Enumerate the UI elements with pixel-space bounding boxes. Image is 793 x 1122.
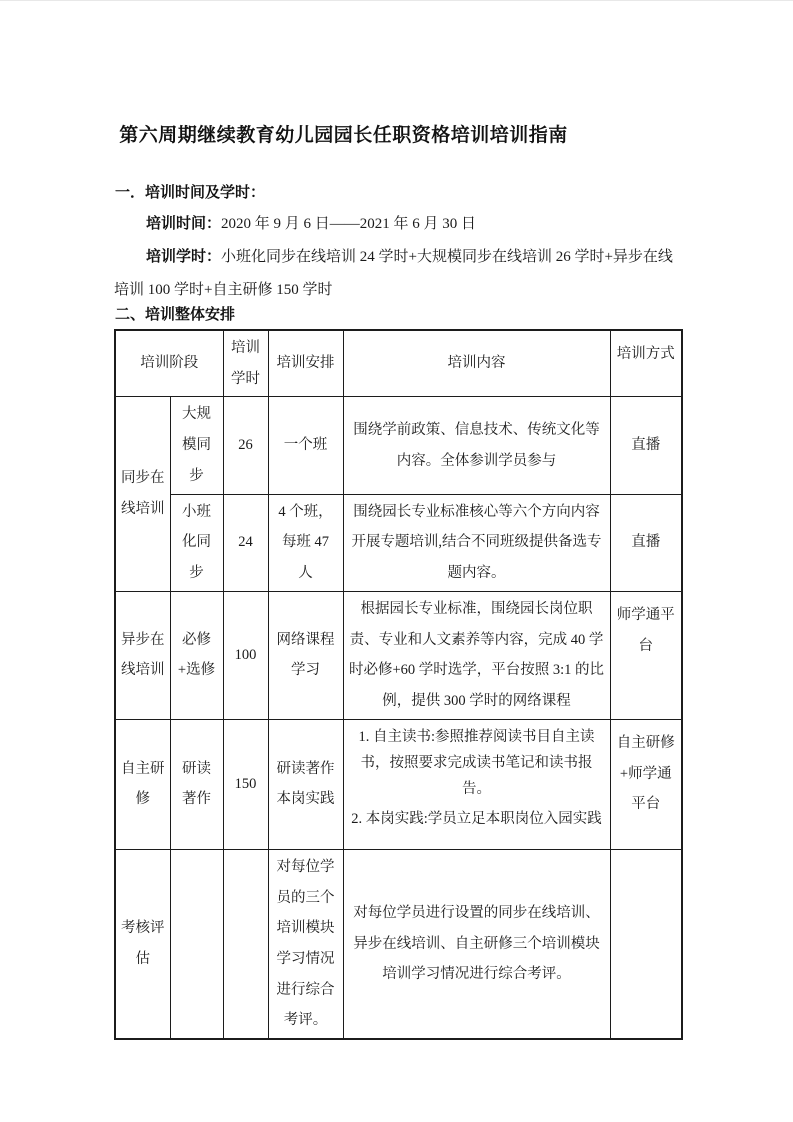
cell-assess-substage — [170, 849, 223, 1039]
cell-sync-stage: 同步在线培训 — [115, 397, 170, 591]
section-one-heading: 一．培训时间及学时： — [115, 181, 265, 202]
training-hours-label: 培训学时： — [146, 248, 221, 265]
training-schedule-table: 培训阶段 培训学时 培训安排 培训内容 培训方式 同步在线培训 大规模同步 26… — [114, 329, 683, 1040]
header-cell-stage: 培训阶段 — [115, 330, 223, 397]
cell-sync-large-substage: 大规模同步 — [170, 397, 223, 494]
cell-assess-content: 对每位学员进行设置的同步在线培训、异步在线培训、自主研修三个培训模块培训学习情况… — [343, 849, 610, 1039]
cell-self-content: 1. 自主读书:参照推荐阅读书目自主读书，按照要求完成读书笔记和读书报告。 2.… — [343, 719, 610, 849]
cell-sync-small-method: 直播 — [610, 494, 682, 591]
cell-async-hours: 100 — [223, 591, 268, 719]
training-time-value: 2020 年 9 月 6 日——2021 年 6 月 30 日 — [221, 216, 476, 232]
cell-async-substage: 必修+选修 — [170, 591, 223, 719]
cell-assess-stage: 考核评估 — [115, 849, 170, 1039]
cell-assess-arrangement: 对每位学员的三个培训模块学习情况进行综合考评。 — [268, 849, 343, 1039]
cell-assess-hours — [223, 849, 268, 1039]
table-row-sync-small: 小班化同步 24 4 个班，每班 47 人 围绕园长专业标准核心等六个方向内容开… — [115, 494, 682, 591]
training-time-paragraph: 培训时间：2020 年 9 月 6 日——2021 年 6 月 30 日 — [114, 207, 682, 241]
cell-sync-small-substage: 小班化同步 — [170, 494, 223, 591]
header-cell-method: 培训方式 — [610, 330, 682, 397]
cell-self-arrangement: 研读著作 本岗实践 — [268, 719, 343, 849]
table-row-sync-large: 同步在线培训 大规模同步 26 一个班 围绕学前政策、信息技术、传统文化等内容。… — [115, 397, 682, 494]
cell-sync-large-arrangement: 一个班 — [268, 397, 343, 494]
header-cell-content: 培训内容 — [343, 330, 610, 397]
cell-sync-small-hours: 24 — [223, 494, 268, 591]
cell-async-arrangement: 网络课程学习 — [268, 591, 343, 719]
training-time-label: 培训时间： — [146, 215, 221, 232]
table-header-row: 培训阶段 培训学时 培训安排 培训内容 培训方式 — [115, 330, 682, 397]
document-title: 第六周期继续教育幼儿园园长任职资格培训培训指南 — [0, 120, 687, 147]
cell-sync-small-content: 围绕园长专业标准核心等六个方向内容开展专题培训,结合不同班级提供备选专题内容。 — [343, 494, 610, 591]
cell-assess-method — [610, 849, 682, 1039]
header-cell-arrangement: 培训安排 — [268, 330, 343, 397]
table-row-async: 异步在线培训 必修+选修 100 网络课程学习 根据园长专业标准，围绕园长岗位职… — [115, 591, 682, 719]
cell-sync-small-arrangement: 4 个班，每班 47 人 — [268, 494, 343, 591]
cell-self-stage: 自主研修 — [115, 719, 170, 849]
cell-sync-large-hours: 26 — [223, 397, 268, 494]
header-cell-hours: 培训学时 — [223, 330, 268, 397]
cell-async-content: 根据园长专业标准，围绕园长岗位职责、专业和人文素养等内容，完成 40 学时必修+… — [343, 591, 610, 719]
training-hours-paragraph: 培训学时：小班化同步在线培训 24 学时+大规模同步在线培训 26 学时+异步在… — [114, 240, 682, 307]
document-page: 第六周期继续教育幼儿园园长任职资格培训培训指南 一．培训时间及学时： 培训时间：… — [0, 0, 793, 1122]
cell-self-method: 自主研修 +师学通 平台 — [610, 719, 682, 849]
section-two-heading: 二、培训整体安排 — [115, 303, 235, 324]
table-row-assessment: 考核评估 对每位学员的三个培训模块学习情况进行综合考评。 对每位学员进行设置的同… — [115, 849, 682, 1039]
cell-self-hours: 150 — [223, 719, 268, 849]
table-row-self-study: 自主研修 研读著作 150 研读著作 本岗实践 1. 自主读书:参照推荐阅读书目… — [115, 719, 682, 849]
self-study-item-practice: 2. 本岗实践:学员立足本职岗位入园实践 — [351, 803, 603, 836]
cell-sync-large-content: 围绕学前政策、信息技术、传统文化等内容。全体参训学员参与 — [343, 397, 610, 494]
cell-self-substage: 研读著作 — [170, 719, 223, 849]
self-study-item-reading: 1. 自主读书:参照推荐阅读书目自主读书，按照要求完成读书笔记和读书报告。 — [351, 724, 603, 802]
cell-async-stage: 异步在线培训 — [115, 591, 170, 719]
cell-sync-large-method: 直播 — [610, 397, 682, 494]
cell-async-method: 师学通平台 — [610, 591, 682, 719]
